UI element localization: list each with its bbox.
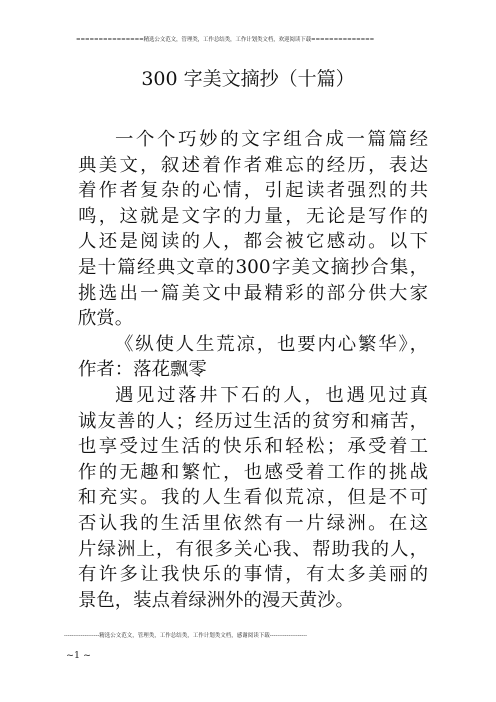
article-title-line: 《纵使人生荒凉，也要内心繁华》， (78, 332, 428, 358)
intro-line: 鸣，这就是文字的力量，无论是写作的 (78, 204, 428, 230)
article-line: 作的无趣和繁忙，也感受着工作的挑战 (78, 460, 428, 486)
document-body: 一个个巧妙的文字组合成一篇篇经 典美文，叙述着作者难忘的经历，表达 着作者复杂的… (78, 127, 428, 613)
article-line: 景色，装点着绿洲外的漫天黄沙。 (78, 588, 428, 614)
intro-line: 挑选出一篇美文中最精彩的部分供大家 (78, 281, 428, 307)
intro-line: 人还是阅读的人，都会被它感动。以下 (78, 229, 428, 255)
page-header-banner: ===============精选公文范文，管理类，工作总结类，工作计划类文档，… (76, 36, 421, 44)
intro-line: 着作者复杂的心情，引起读者强烈的共 (78, 178, 428, 204)
article-line: 也享受过生活的快乐和轻松；承受着工 (78, 434, 428, 460)
intro-line: 是十篇经典文章的300字美文摘抄合集， (78, 255, 428, 281)
article-line: 诚友善的人；经历过生活的贫穷和痛苦， (78, 409, 428, 435)
page-footer-banner: -------------------精选公文范文，管理类，工作总结类，工作计划… (64, 632, 416, 640)
article-line: 遇见过落井下石的人，也遇见过真 (78, 383, 428, 409)
intro-line: 一个个巧妙的文字组合成一篇篇经 (78, 127, 428, 153)
article-line: 和充实。我的人生看似荒凉，但是不可 (78, 485, 428, 511)
article-line: 片绿洲上，有很多关心我、帮助我的人， (78, 537, 428, 563)
document-title: 300 字美文摘抄（十篇） (0, 66, 496, 92)
page-number: ~1 ~ (66, 650, 91, 662)
article-line: 有许多让我快乐的事情，有太多美丽的 (78, 562, 428, 588)
article-line: 否认我的生活里依然有一片绿洲。在这 (78, 511, 428, 537)
article-author-line: 作者：落花飘零 (78, 357, 428, 383)
intro-line: 欣赏。 (78, 306, 428, 332)
intro-line: 典美文，叙述着作者难忘的经历，表达 (78, 153, 428, 179)
